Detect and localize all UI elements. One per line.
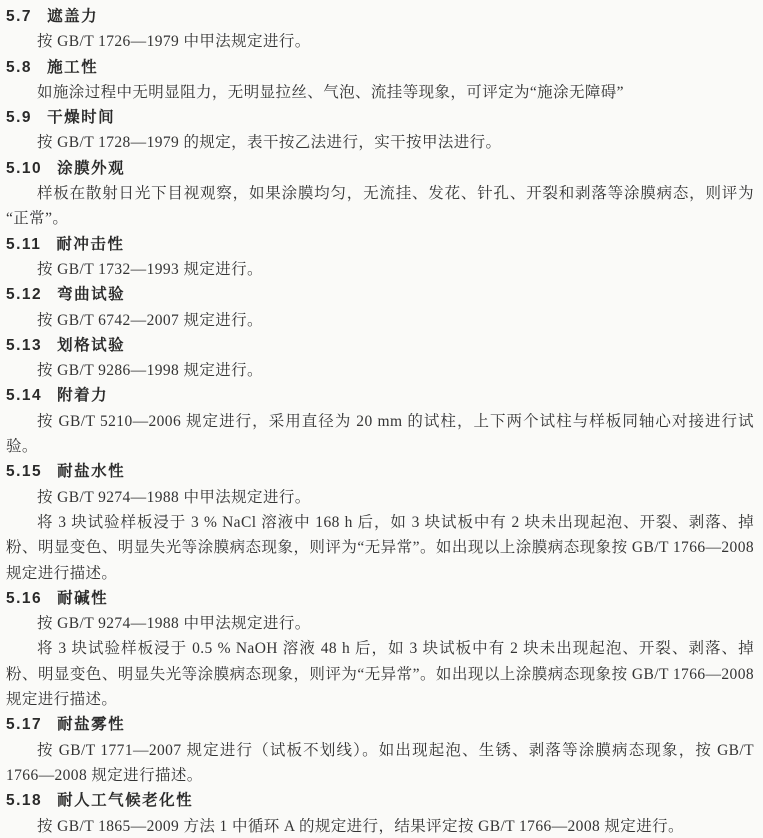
section-title: 遮盖力 <box>47 8 98 25</box>
section-paragraph: 样板在散射日光下目视观察，如果涂膜均匀，无流挂、发花、针孔、开裂和剥落等涂膜病态… <box>6 181 754 232</box>
section: 5.14附着力按 GB/T 5210—2006 规定进行，采用直径为 20 mm… <box>6 383 754 459</box>
section-title: 耐碱性 <box>57 590 108 607</box>
section-heading: 5.10涂膜外观 <box>6 156 754 181</box>
section-paragraph: 按 GB/T 1771—2007 规定进行（试板不划线）。如出现起泡、生锈、剥落… <box>6 738 754 789</box>
section-title: 干燥时间 <box>47 109 115 126</box>
section-paragraph: 按 GB/T 9274—1988 中甲法规定进行。 <box>6 611 754 636</box>
section: 5.13划格试验按 GB/T 9286—1998 规定进行。 <box>6 333 754 384</box>
section: 5.17耐盐雾性按 GB/T 1771—2007 规定进行（试板不划线）。如出现… <box>6 712 754 788</box>
section-heading: 5.8施工性 <box>6 55 754 80</box>
section: 5.10涂膜外观样板在散射日光下目视观察，如果涂膜均匀，无流挂、发花、针孔、开裂… <box>6 156 754 232</box>
section-heading: 5.14附着力 <box>6 383 754 408</box>
section-number: 5.12 <box>6 282 42 307</box>
document-page: 5.7遮盖力按 GB/T 1726—1979 中甲法规定进行。5.8施工性如施涂… <box>0 0 763 838</box>
section-paragraph: 按 GB/T 6742—2007 规定进行。 <box>6 308 754 333</box>
standard-sections: 5.7遮盖力按 GB/T 1726—1979 中甲法规定进行。5.8施工性如施涂… <box>6 4 754 838</box>
section-paragraph: 如施涂过程中无明显阻力，无明显拉丝、气泡、流挂等现象，可评定为“施涂无障碍” <box>6 80 754 105</box>
section-paragraph: 按 GB/T 5210—2006 规定进行，采用直径为 20 mm 的试柱，上下… <box>6 409 754 460</box>
section-title: 耐人工气候老化性 <box>57 792 193 809</box>
section-number: 5.16 <box>6 586 42 611</box>
section-paragraph: 按 GB/T 9274—1988 中甲法规定进行。 <box>6 485 754 510</box>
section-number: 5.9 <box>6 105 32 130</box>
section-number: 5.8 <box>6 55 32 80</box>
section-heading: 5.15耐盐水性 <box>6 459 754 484</box>
section-title: 弯曲试验 <box>57 286 125 303</box>
section-title: 划格试验 <box>57 337 125 354</box>
section-heading: 5.11耐冲击性 <box>6 232 754 257</box>
section-heading: 5.12弯曲试验 <box>6 282 754 307</box>
section: 5.8施工性如施涂过程中无明显阻力，无明显拉丝、气泡、流挂等现象，可评定为“施涂… <box>6 55 754 106</box>
section-title: 耐盐水性 <box>57 463 125 480</box>
section-heading: 5.17耐盐雾性 <box>6 712 754 737</box>
section-title: 耐冲击性 <box>56 236 124 253</box>
section-title: 附着力 <box>57 387 108 404</box>
section-paragraph: 按 GB/T 1865—2009 方法 1 中循环 A 的规定进行，结果评定按 … <box>6 814 754 838</box>
section-title: 施工性 <box>47 59 98 76</box>
section-number: 5.7 <box>6 4 32 29</box>
section-number: 5.11 <box>6 232 41 257</box>
section-number: 5.17 <box>6 712 42 737</box>
section-number: 5.15 <box>6 459 42 484</box>
section-heading: 5.9干燥时间 <box>6 105 754 130</box>
section-number: 5.10 <box>6 156 42 181</box>
section: 5.12弯曲试验按 GB/T 6742—2007 规定进行。 <box>6 282 754 333</box>
section-paragraph: 按 GB/T 1728—1979 的规定，表干按乙法进行，实干按甲法进行。 <box>6 130 754 155</box>
section: 5.7遮盖力按 GB/T 1726—1979 中甲法规定进行。 <box>6 4 754 55</box>
section-number: 5.14 <box>6 383 42 408</box>
section: 5.9干燥时间按 GB/T 1728—1979 的规定，表干按乙法进行，实干按甲… <box>6 105 754 156</box>
section-paragraph: 将 3 块试验样板浸于 0.5 % NaOH 溶液 48 h 后，如 3 块试板… <box>6 636 754 712</box>
section: 5.16耐碱性按 GB/T 9274—1988 中甲法规定进行。将 3 块试验样… <box>6 586 754 712</box>
section-paragraph: 将 3 块试验样板浸于 3 % NaCl 溶液中 168 h 后，如 3 块试板… <box>6 510 754 586</box>
section-number: 5.13 <box>6 333 42 358</box>
section-paragraph: 按 GB/T 1726—1979 中甲法规定进行。 <box>6 29 754 54</box>
section-title: 涂膜外观 <box>57 160 125 177</box>
section-heading: 5.7遮盖力 <box>6 4 754 29</box>
section: 5.15耐盐水性按 GB/T 9274—1988 中甲法规定进行。将 3 块试验… <box>6 459 754 585</box>
section-heading: 5.18耐人工气候老化性 <box>6 788 754 813</box>
section-title: 耐盐雾性 <box>57 716 125 733</box>
section-paragraph: 按 GB/T 1732—1993 规定进行。 <box>6 257 754 282</box>
section-number: 5.18 <box>6 788 42 813</box>
section-paragraph: 按 GB/T 9286—1998 规定进行。 <box>6 358 754 383</box>
section: 5.18耐人工气候老化性按 GB/T 1865—2009 方法 1 中循环 A … <box>6 788 754 838</box>
section: 5.11耐冲击性按 GB/T 1732—1993 规定进行。 <box>6 232 754 283</box>
section-heading: 5.13划格试验 <box>6 333 754 358</box>
section-heading: 5.16耐碱性 <box>6 586 754 611</box>
